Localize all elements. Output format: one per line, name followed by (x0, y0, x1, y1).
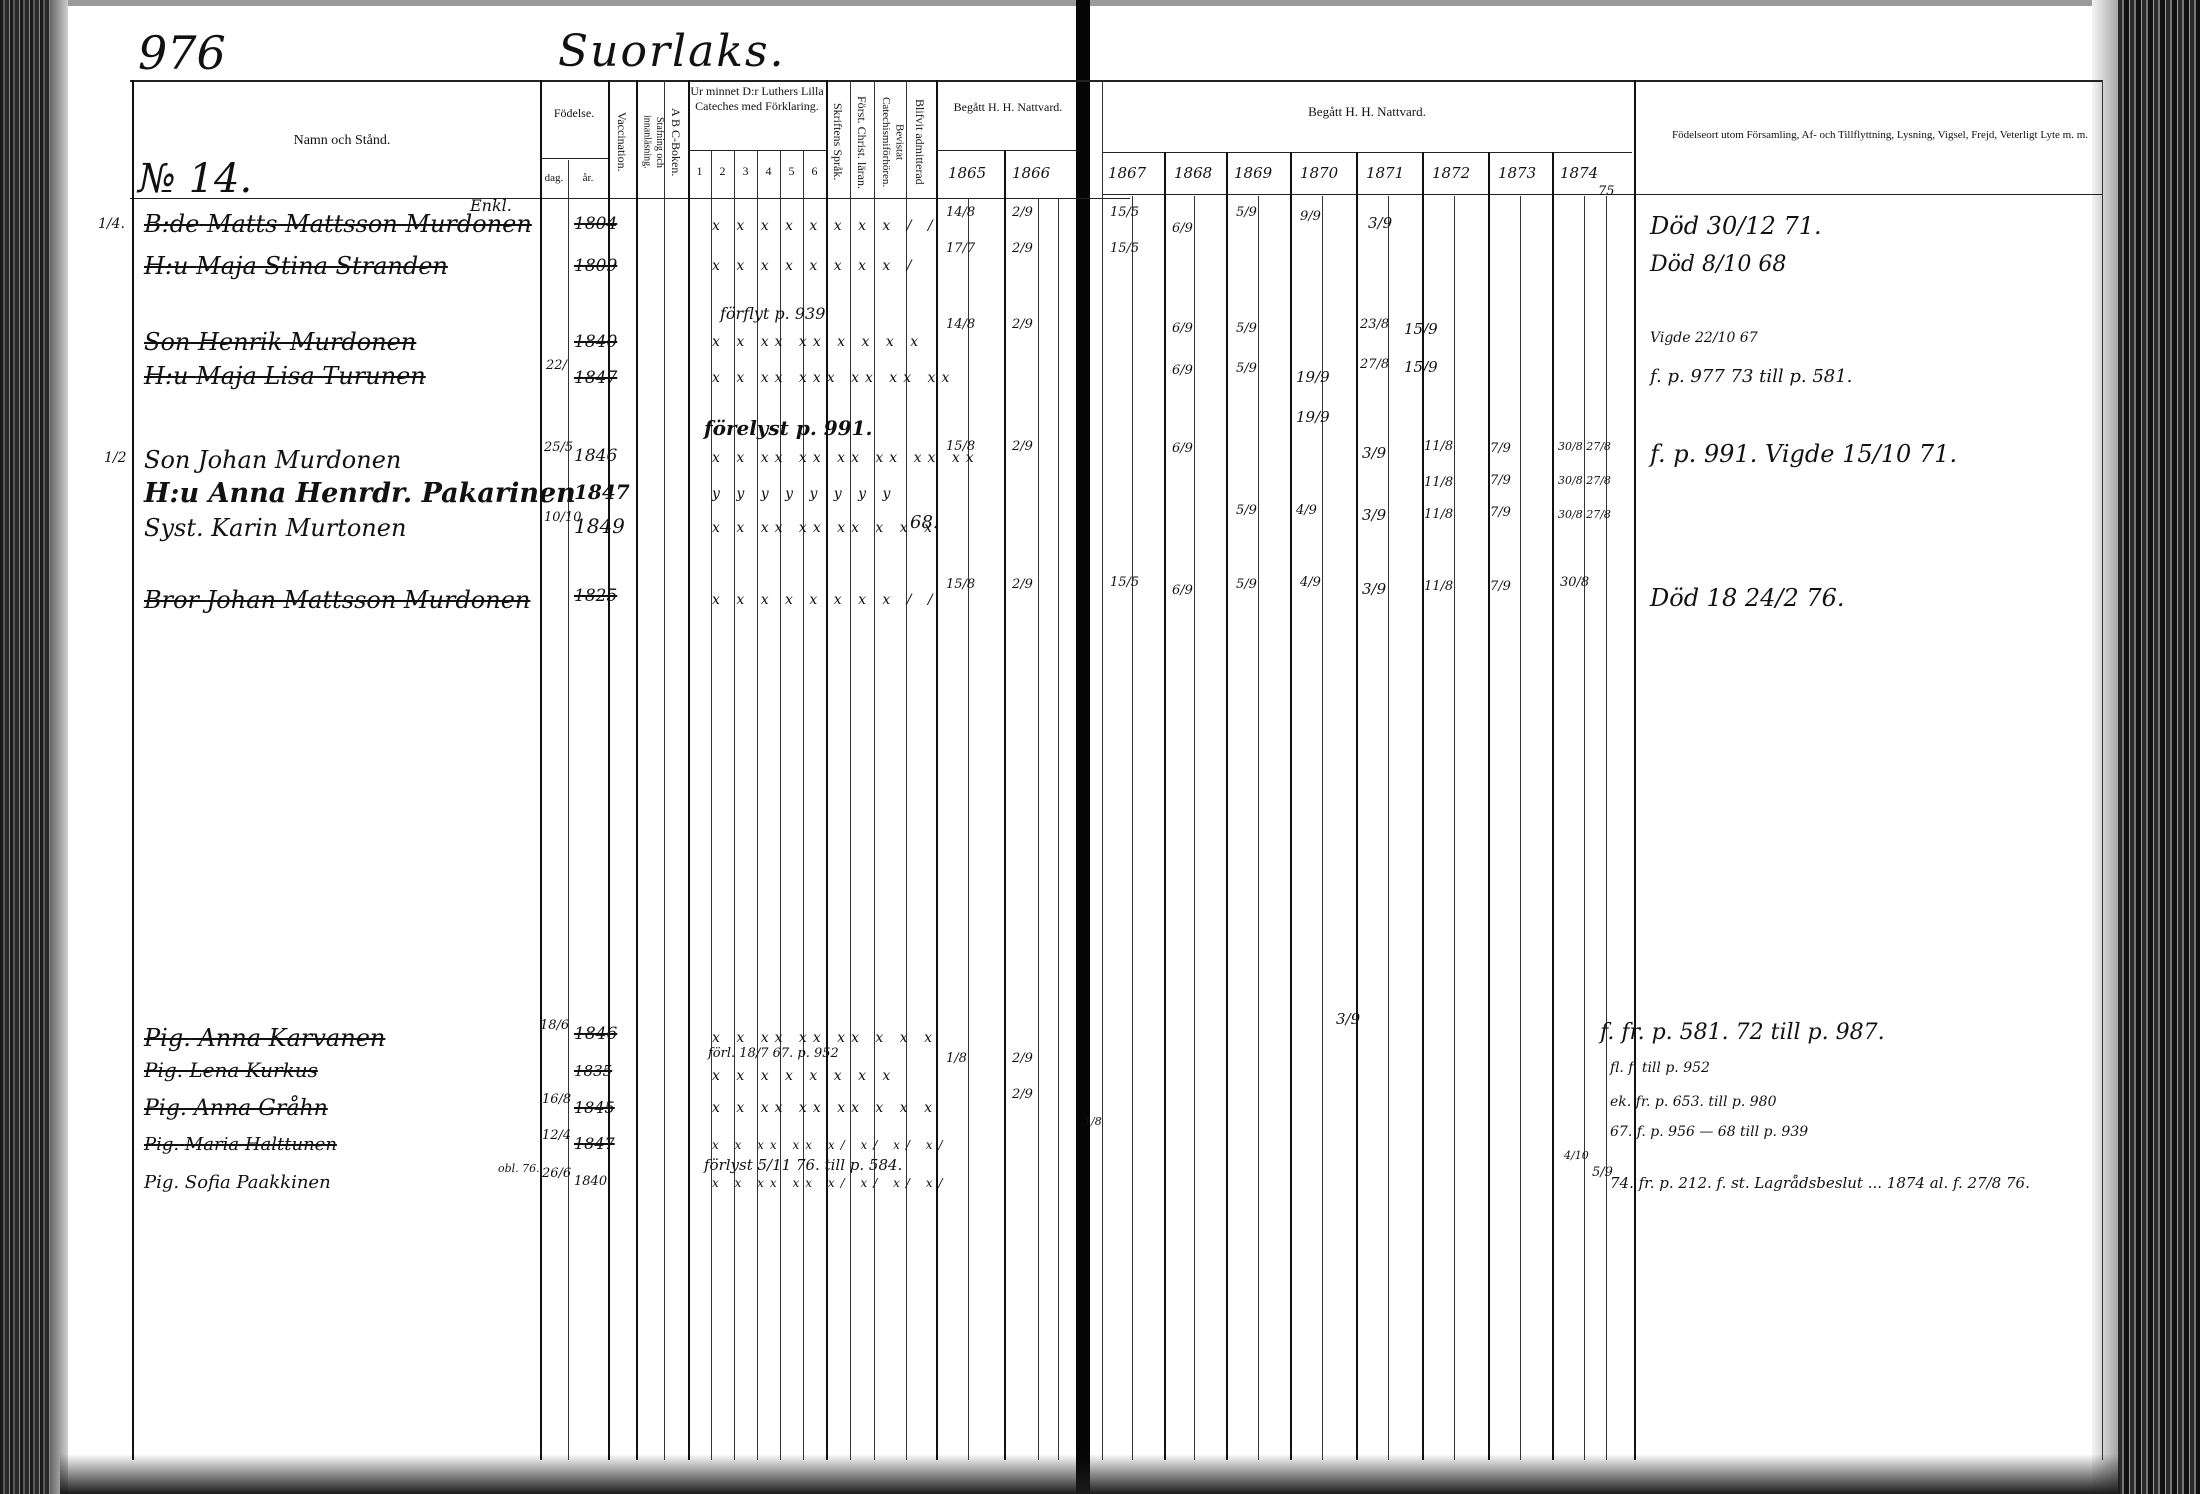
header-top-rule (130, 80, 1130, 82)
person-name: Johan Murdonen (198, 446, 401, 474)
header-year-1865: 1865 (948, 164, 986, 182)
person-title: H:u (144, 252, 188, 280)
header-year-1866: 1866 (1012, 164, 1050, 182)
header-birth-year: år. (568, 172, 608, 186)
birth-year: 1846 (574, 1024, 617, 1044)
col-rule (1058, 198, 1059, 1460)
communion-1870: 4/9 (1300, 576, 1321, 589)
person-title: Pig. (144, 1172, 179, 1193)
person-row-8: Pig. Anna Karvanen (144, 1024, 385, 1052)
remark: ek. fr. p. 653. till p. 980 (1610, 1094, 1776, 1110)
birth-day: 16/8 (542, 1092, 571, 1107)
person-row-6: Syst. Karin Murtonen (144, 514, 406, 542)
col-rule (874, 80, 875, 1460)
communion-1865: 1/8 (946, 1052, 967, 1065)
person-name: Johan Mattsson Murdonen (207, 586, 531, 614)
margin-note-row5: 1/2 (104, 450, 127, 466)
catechism-marks: x x xx xx xx xx xx xx (712, 450, 980, 466)
person-row-10: Pig. Anna Gråhn (144, 1096, 328, 1121)
col-rule (688, 80, 690, 1460)
header-year-1874: 1874 (1560, 164, 1598, 182)
communion-1872: 11/8 (1424, 580, 1453, 593)
header-catechism: Ur minnet D:r Luthers Lilla Cateches med… (690, 84, 824, 114)
header-year-1872: 1872 (1432, 164, 1470, 182)
person-name: Lena Kurkus (189, 1058, 318, 1082)
communion-1869: 5/9 (1236, 322, 1257, 335)
person-annotation: förlyst 5/11 76. till p. 584. (704, 1156, 902, 1174)
header-bottom-rule (130, 198, 1130, 199)
communion-1872: 15/9 (1404, 360, 1438, 375)
birth-year: 1804 (574, 214, 617, 234)
communion-1873: 7/9 (1490, 474, 1511, 487)
header-catechism-part-6: 6 (803, 164, 826, 179)
catechism-marks: x x x x x x x x (712, 1068, 896, 1084)
col-rule (1004, 150, 1006, 1460)
communion-1872: 11/8 (1424, 440, 1453, 453)
col-rule (1290, 152, 1292, 1460)
person-title: H:u (144, 478, 199, 509)
col-rule (1102, 80, 1103, 1460)
remark: 74. fr. p. 212. f. st. Lagrådsbeslut ...… (1610, 1174, 2030, 1192)
person-row-9: Pig. Lena Kurkus (144, 1058, 318, 1082)
communion-1867: 1/8 (1084, 1116, 1102, 1127)
communion-1871: 27/8 (1360, 358, 1389, 371)
communion-1865: 15/8 (946, 578, 975, 591)
remarks-rule (1634, 80, 1636, 1460)
communion-1869: 5/9 (1236, 206, 1257, 219)
header-birth: Födelse. (540, 106, 608, 121)
person-row-11: Pig. Maria Halttunen (144, 1134, 337, 1155)
communion-1868: 6/9 (1172, 584, 1193, 597)
communion-1865: 15/8 (946, 440, 975, 453)
communion-1865: 17/7 (946, 242, 975, 255)
col-rule (664, 80, 665, 1460)
catechism-marks: x x x x x x x x / (712, 258, 917, 274)
sub-rule (540, 158, 608, 159)
remark: Vigde 22/10 67 (1650, 330, 1758, 346)
col-rule (568, 160, 569, 1460)
communion-1873: 7/9 (1490, 580, 1511, 593)
person-annotation: obl. 76. (498, 1162, 540, 1175)
communion-1866: 2/9 (1012, 318, 1033, 331)
catechism-marks: x x x x x x x x / / (712, 592, 939, 608)
person-annotation: förelyst p. 991. (704, 416, 873, 440)
person-title: Pig. (144, 1024, 191, 1052)
birth-day: 18/6 (540, 1018, 569, 1033)
person-name: Maria Halttunen (185, 1134, 337, 1155)
catechism-marks: y y y y y y y y (712, 486, 896, 502)
person-name: Maja Stina Stranden (196, 252, 448, 280)
col-rule (1038, 198, 1039, 1460)
right-page: Begått H. H. Nattvard. 1867 1868 1869 18… (1090, 0, 2110, 1494)
catechism-marks: x x xx xx xx x x x (712, 520, 938, 536)
person-title: Syst. (144, 514, 204, 542)
col-rule (608, 80, 610, 1460)
header-catechism-part-5: 5 (780, 164, 803, 179)
sub-rule (936, 150, 1078, 151)
communion-1866: 2/9 (1012, 206, 1033, 219)
birth-year: 1835 (574, 1062, 612, 1080)
communion-1873: 7/9 (1490, 506, 1511, 519)
col-rule (1226, 152, 1228, 1460)
col-rule (540, 80, 542, 1460)
person-annotation: Enkl. (470, 196, 512, 215)
communion-1874: 30/8 27/8 (1558, 508, 1611, 521)
admitted-year: 68. (910, 512, 939, 533)
person-row-4: Son Johan Murdonen (144, 446, 401, 474)
person-row-3: H:u Maja Lisa Turunen (144, 362, 426, 390)
left-page: 976 Suorlaks. 1/4. 1/2 Namn och Stånd. №… (68, 0, 1076, 1494)
communion-1867: 15/5 (1110, 576, 1139, 589)
col-rule (1164, 152, 1166, 1460)
remark: 67. f. p. 956 — 68 till p. 939 (1610, 1124, 1808, 1140)
communion-1865: 14/8 (946, 206, 975, 219)
header-communion-left: Begått H. H. Nattvard. (938, 100, 1078, 115)
col-rule (1584, 196, 1585, 1460)
header-catechism-part-3: 3 (734, 164, 757, 179)
house-number: № 14. (138, 156, 252, 202)
header-christian-doctrine: Först. Christ. läran. (854, 92, 869, 192)
book-right-edge (2118, 0, 2200, 1494)
header-catechism-part-2: 2 (711, 164, 734, 179)
header-year-1868: 1868 (1174, 164, 1212, 182)
col-rule (1488, 152, 1490, 1460)
birth-year: 1847 (574, 368, 617, 388)
communion-1870: 19/9 (1296, 410, 1330, 425)
header-scripture: Skriftens Språk. (830, 92, 845, 192)
person-name: Sofia Paakkinen (185, 1172, 331, 1193)
remark: Död 30/12 71. (1650, 212, 1822, 240)
remark: f. p. 977 73 till p. 581. (1650, 366, 1852, 387)
header-year-1871: 1871 (1366, 164, 1404, 182)
person-annotation: förl. 18/7 67. p. 952 (708, 1046, 839, 1061)
header-abc: A B C-Boken. (668, 92, 683, 192)
person-title: H:u (144, 362, 188, 390)
catechism-marks: x x xx xx xx x x x (712, 1030, 938, 1046)
birth-year: 1845 (574, 1098, 615, 1117)
communion-1871: 3/9 (1336, 1012, 1360, 1027)
col-rule (906, 80, 907, 1460)
header-communion-right: Begått H. H. Nattvard. (1102, 104, 1632, 120)
communion-1866: 2/9 (1012, 1052, 1033, 1065)
col-rule (1258, 196, 1259, 1460)
col-rule (1552, 152, 1554, 1460)
communion-1869: 5/9 (1236, 504, 1257, 517)
header-catechism-hearings: Bevistat Catechismiförhören. (878, 92, 906, 192)
communion-1874: 30/8 27/8 (1558, 440, 1611, 453)
communion-1865: 14/8 (946, 318, 975, 331)
person-row-5: H:u Anna Henrdr. Pakarinen (144, 478, 576, 509)
person-row-2: Son Henrik Murdonen (144, 328, 416, 356)
col-rule (1194, 196, 1195, 1460)
birth-day: 26/6 (542, 1166, 571, 1181)
col-rule (1422, 152, 1424, 1460)
col-rule (1606, 196, 1607, 1460)
person-name: Maja Lisa Turunen (196, 362, 426, 390)
col-rule (1132, 196, 1133, 1460)
person-row-7: Bror Johan Mattsson Murdonen (144, 586, 530, 614)
birth-year: 1846 (574, 446, 617, 466)
person-name: Anna Karvanen (198, 1024, 385, 1052)
header-year-1867: 1867 (1108, 164, 1146, 182)
catechism-marks: x x xx xx x/ x/ x/ x/ (712, 1176, 949, 1190)
header-vaccination: Vaccination. (614, 92, 629, 192)
header-admitted: Blifvit admitterad (912, 92, 927, 192)
header-top-rule (1102, 80, 2102, 82)
communion-1867: 15/5 (1110, 242, 1139, 255)
birth-year: 1809 (574, 256, 617, 276)
header-year-1873: 1873 (1498, 164, 1536, 182)
person-title: B:de (144, 210, 199, 238)
communion-1870: 9/9 (1300, 210, 1321, 223)
communion-1868: 6/9 (1172, 442, 1193, 455)
communion-1868: 6/9 (1172, 222, 1193, 235)
col-rule (850, 80, 851, 1460)
person-title: Bror (144, 586, 199, 614)
remark: Död 8/10 68 (1650, 252, 1786, 277)
header-year-1870: 1870 (1300, 164, 1338, 182)
right-border (2102, 80, 2103, 1460)
communion-1869: 5/9 (1236, 578, 1257, 591)
communion-1866: 2/9 (1012, 242, 1033, 255)
communion-1866: 2/9 (1012, 1088, 1033, 1101)
header-birth-day: dag. (540, 172, 568, 186)
person-title: Pig. (144, 1134, 179, 1155)
birth-year: 1840 (574, 1174, 607, 1189)
person-name: Anna Henrdr. Pakarinen (209, 478, 576, 509)
header-spelling: Stafning och innanläsning. (640, 92, 665, 192)
catechism-marks: x x xx xx x/ x/ x/ x/ (712, 1138, 949, 1152)
person-name: Henrik Murdonen (198, 328, 416, 356)
col-rule (1454, 196, 1455, 1460)
header-remarks: Födelseort utom Församling, Af- och Till… (1670, 124, 2090, 146)
remark: fl. f. till p. 952 (1610, 1060, 1710, 1076)
communion-1867: 15/5 (1110, 206, 1139, 219)
person-row-12: Pig. Sofia Paakkinen (144, 1172, 331, 1193)
col-rule (826, 80, 828, 1460)
left-border (132, 80, 134, 1460)
catechism-marks: x x xx xx xx x x x (712, 1100, 938, 1116)
birth-year: 1825 (574, 586, 617, 606)
communion-1872: 11/8 (1424, 508, 1453, 521)
header-year-1869: 1869 (1234, 164, 1272, 182)
communion-1871: 3/9 (1362, 446, 1386, 461)
birth-year: 1849 (574, 514, 625, 538)
book-gutter (1076, 0, 1090, 1494)
margin-note-row1: 1/4. (98, 216, 125, 232)
parish-name: Suorlaks. (558, 26, 786, 77)
communion-1871: 23/8 (1360, 318, 1389, 331)
catechism-marks: x x xx xxx xx xx xx (712, 370, 955, 386)
col-rule (968, 198, 969, 1460)
birth-year: 1847 (574, 1134, 615, 1153)
birth-day: 25/5 (544, 440, 573, 455)
catechism-marks: x x x x x x x x / / (712, 218, 939, 234)
birth-year: 1847 (574, 480, 630, 504)
communion-1868: 6/9 (1172, 322, 1193, 335)
birth-day: 22/ (546, 358, 567, 373)
col-rule (936, 80, 938, 1460)
person-title: Son (144, 446, 190, 474)
col-rule (1520, 196, 1521, 1460)
col-rule (1356, 152, 1358, 1460)
header-name-and-status: Namn och Stånd. (132, 132, 552, 150)
communion-1871: 3/9 (1362, 508, 1386, 523)
person-annotation: förflyt p. 939 (720, 304, 825, 323)
header-catechism-part-1: 1 (688, 164, 711, 179)
person-name: Anna Gråhn (194, 1096, 328, 1121)
communion-1871: 3/9 (1362, 582, 1386, 597)
communion-1869: 5/9 (1236, 362, 1257, 375)
page-number: 976 (138, 26, 226, 80)
communion-1870: 19/9 (1296, 370, 1330, 385)
person-title: Pig. (144, 1096, 187, 1121)
communion-1872: 15/9 (1404, 322, 1438, 337)
remark: f. fr. p. 581. 72 till p. 987. (1600, 1020, 1885, 1045)
birth-day: 12/4 (542, 1128, 571, 1143)
communion-1873: 7/9 (1490, 442, 1511, 455)
communion-1871: 3/9 (1368, 216, 1392, 231)
person-title: Pig. (144, 1058, 183, 1082)
remark: f. p. 991. Vigde 15/10 71. (1650, 440, 1957, 468)
col-rule (636, 80, 638, 1460)
communion-1870: 4/9 (1296, 504, 1317, 517)
birth-year: 1840 (574, 332, 617, 352)
book-left-edge-shade (50, 0, 68, 1494)
header-catechism-part-4: 4 (757, 164, 780, 179)
col-rule (1388, 196, 1389, 1460)
communion-1874: 30/8 (1560, 576, 1589, 589)
communion-1874: 4/10 (1564, 1150, 1589, 1161)
communion-1866: 2/9 (1012, 440, 1033, 453)
communion-1866: 2/9 (1012, 578, 1033, 591)
catechism-marks: x x xx xx x x x x (712, 334, 924, 350)
communion-1874: 30/8 27/8 (1558, 474, 1611, 487)
communion-1872: 11/8 (1424, 476, 1453, 489)
person-name: Karin Murtonen (211, 514, 406, 542)
communion-1868: 6/9 (1172, 364, 1193, 377)
person-title: Son (144, 328, 190, 356)
remark: Död 18 24/2 76. (1650, 584, 1845, 612)
person-row-1: H:u Maja Stina Stranden (144, 252, 448, 280)
